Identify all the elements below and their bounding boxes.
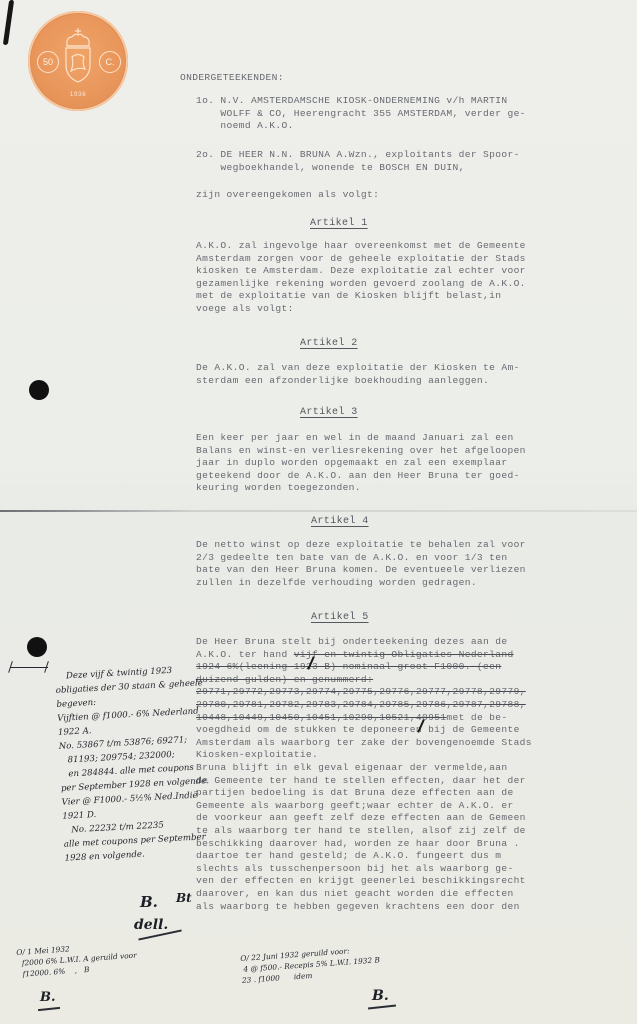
typed-text: Gemeente als waarborg geeft;waar echter … xyxy=(196,800,514,811)
struck-text: 29771,29772,29773,29774,29775,29776,2977… xyxy=(196,686,526,697)
article-5-line: duizend gulden) en genummerd: xyxy=(196,674,373,687)
typed-text: beschikking daarover had, worden ze haar… xyxy=(196,838,520,849)
punch-hole-icon xyxy=(29,380,49,400)
article-5-line: partijen bedoeling is dat Bruna deze eff… xyxy=(196,787,514,800)
article-5-line: 29771,29772,29773,29774,29775,29776,2977… xyxy=(196,686,526,699)
article-5-line: 29780,29781,29782,29783,29784,29785,2978… xyxy=(196,699,526,712)
struck-text: 10448,10449,10450,10451,10290,10521,4095… xyxy=(196,712,446,723)
margin-bracket-tick xyxy=(44,661,49,673)
margin-note-text: Deze vijf & twintig 1923 obligaties der … xyxy=(56,666,210,864)
coat-of-arms-icon xyxy=(61,27,95,85)
typed-text: slechts als tusschenpersoon bij het als … xyxy=(196,863,514,874)
struck-text: 1924 6%(leening 1923 B) nominaal groot F… xyxy=(196,661,501,672)
bottom-left-initial: B. xyxy=(40,990,56,1005)
typed-text: ven der effecten en krijgt geenerlei bes… xyxy=(196,875,526,886)
typed-text: A.K.O. ter hand xyxy=(196,649,294,660)
revenue-stamp: 50 C. 1936 xyxy=(28,11,128,111)
article-5-line: 1924 6%(leening 1923 B) nominaal groot F… xyxy=(196,661,501,674)
stamp-currency: C. xyxy=(99,51,121,73)
stamp-year: 1936 xyxy=(28,91,128,98)
article-5-line: A.K.O. ter hand vijf en twintig Obligati… xyxy=(196,649,514,662)
bottom-left-note: O/ 1 Mei 1932 f2000 6% L.W.I. A geruild … xyxy=(16,939,138,980)
typed-text: daartoe ter hand gesteld; de A.K.O. fung… xyxy=(196,850,501,861)
article-5-line: voegdheid om de stukken te deponeeren bi… xyxy=(196,724,520,737)
article-5-line: Kiosken-exploitatie. xyxy=(196,749,318,762)
margin-note: Deze vijf & twintig 1923 obligaties der … xyxy=(54,648,214,879)
typed-text: partijen bedoeling is dat Bruna deze eff… xyxy=(196,787,514,798)
paper-fold-line xyxy=(0,510,637,512)
article-5-line: slechts als tusschenpersoon bij het als … xyxy=(196,863,514,876)
typed-text: De Heer Bruna stelt bij onderteekening d… xyxy=(196,636,507,647)
article-4-text: De netto winst op deze exploitatie te be… xyxy=(196,539,526,589)
article-5-line: de Gemeente ter hand te stellen effecten… xyxy=(196,775,526,788)
typed-text: als waarborg te hebben gegeven krachtens… xyxy=(196,901,520,912)
article-3-text: Een keer per jaar en wel in de maand Jan… xyxy=(196,432,526,495)
scanned-contract-page: 50 C. 1936 ONDERGETEEKENDEN: 1o. N.V. AM… xyxy=(0,0,637,1024)
edge-ink-mark xyxy=(3,0,14,45)
struck-text: 29780,29781,29782,29783,29784,29785,2978… xyxy=(196,699,526,710)
typed-text: Kiosken-exploitatie. xyxy=(196,749,318,760)
article-1-heading: Artikel 1 xyxy=(310,218,368,229)
intro-heading: ONDERGETEEKENDEN: xyxy=(180,72,284,85)
article-5-line: daarover, en kan dus niet geacht worden … xyxy=(196,888,514,901)
typed-text: Amsterdam als waarborg ter zake der bove… xyxy=(196,737,532,748)
article-5-line: 10448,10449,10450,10451,10290,10521,4095… xyxy=(196,712,507,725)
party-1: 1o. N.V. AMSTERDAMSCHE KIOSK-ONDERNEMING… xyxy=(196,95,526,133)
punch-hole-icon xyxy=(27,637,47,657)
bottom-center-note: O/ 22 Juni 1932 geruild voor: 4 @ f500.-… xyxy=(240,943,381,986)
article-5-line: als waarborg te hebben gegeven krachtens… xyxy=(196,901,520,914)
typed-text: te als waarborg ter hand te stellen, als… xyxy=(196,825,526,836)
agreement-line: zijn overeengekomen als volgt: xyxy=(196,189,379,202)
article-5-line: te als waarborg ter hand te stellen, als… xyxy=(196,825,526,838)
article-5-line: beschikking daarover had, worden ze haar… xyxy=(196,838,520,851)
article-5-line: ven der effecten en krijgt geenerlei bes… xyxy=(196,875,526,888)
typed-text: daarover, en kan dus niet geacht worden … xyxy=(196,888,514,899)
article-2-text: De A.K.O. zal van deze exploitatie der K… xyxy=(196,362,520,387)
margin-signature: dell. xyxy=(134,917,168,933)
article-5-heading: Artikel 5 xyxy=(311,612,369,623)
article-1-text: A.K.O. zal ingevolge haar overeenkomst m… xyxy=(196,240,526,316)
stamp-value: 50 xyxy=(37,51,59,73)
margin-bracket-bar xyxy=(10,667,48,668)
margin-initial: B. xyxy=(140,893,158,911)
article-3-heading: Artikel 3 xyxy=(300,407,358,418)
typed-text: de voorkeur aan geeft zelf deze effecten… xyxy=(196,812,526,823)
typed-text: voegdheid om de stukken te deponeeren bi… xyxy=(196,724,520,735)
article-5-line: Bruna blijft in elk geval eigenaar der v… xyxy=(196,762,507,775)
article-5-line: De Heer Bruna stelt bij onderteekening d… xyxy=(196,636,507,649)
article-5-line: daartoe ter hand gesteld; de A.K.O. fung… xyxy=(196,850,501,863)
struck-text: vijf en twintig Obligaties Nederland xyxy=(294,649,514,660)
signature-underline xyxy=(38,1007,60,1011)
article-5-line: de voorkeur aan geeft zelf deze effecten… xyxy=(196,812,526,825)
typed-text: de Gemeente ter hand te stellen effecten… xyxy=(196,775,526,786)
struck-text: duizend gulden) en genummerd: xyxy=(196,674,373,685)
article-5-line: Gemeente als waarborg geeft;waar echter … xyxy=(196,800,514,813)
signature-underline xyxy=(368,1005,396,1009)
article-4-heading: Artikel 4 xyxy=(311,516,369,527)
typed-text: met de be- xyxy=(446,712,507,723)
bottom-center-initial: B. xyxy=(372,988,389,1004)
article-5-line: Amsterdam als waarborg ter zake der bove… xyxy=(196,737,532,750)
typed-text: Bruna blijft in elk geval eigenaar der v… xyxy=(196,762,507,773)
margin-initial: Bt xyxy=(176,891,192,905)
article-2-heading: Artikel 2 xyxy=(300,338,358,349)
party-2: 2o. DE HEER N.N. BRUNA A.Wzn., exploitan… xyxy=(196,149,520,174)
